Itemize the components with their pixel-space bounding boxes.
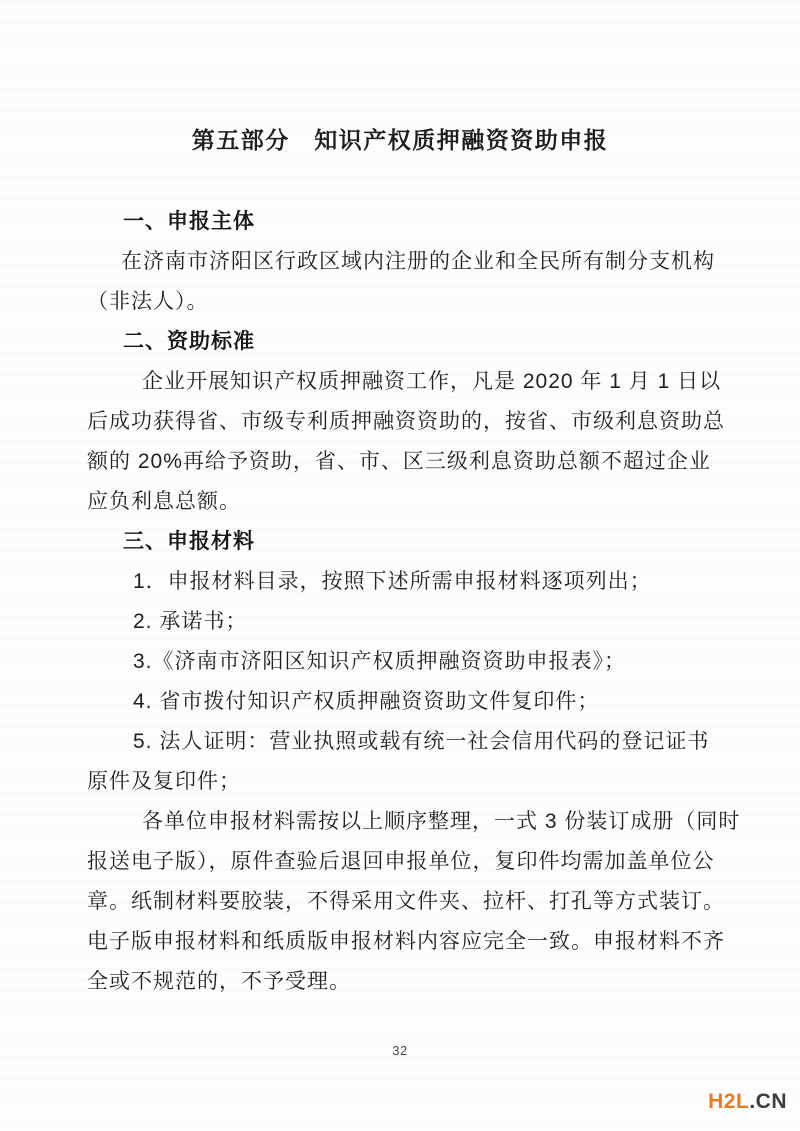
list-item-line: 3.《济南市济阳区知识产权质押融资资助申报表》； — [87, 642, 715, 682]
document-body: 一、申报主体 在济南市济阳区行政区域内注册的企业和全民所有制分支机构 （非法人）… — [87, 202, 715, 1002]
page-number: 32 — [0, 1043, 800, 1058]
text-line: 企业开展知识产权质押融资工作，凡是 2020 年 1 月 1 日以 — [87, 362, 715, 402]
text-line: 章。纸制材料要胶装，不得采用文件夹、拉杆、打孔等方式装订。 — [87, 882, 715, 922]
watermark-logo: H2L.CN — [708, 1090, 787, 1114]
text-line: 电子版申报材料和纸质版申报材料内容应完全一致。申报材料不齐 — [87, 922, 715, 962]
text-line: 全或不规范的，不予受理。 — [87, 962, 715, 1002]
list-item-line: 5. 法人证明：营业执照或载有统一社会信用代码的登记证书 — [87, 722, 715, 762]
text-line: 额的 20%再给予资助，省、市、区三级利息资助总额不超过企业 — [87, 442, 715, 482]
text-line: （非法人）。 — [87, 282, 715, 322]
section-heading: 三、申报材料 — [87, 522, 715, 562]
list-item-line: 2. 承诺书； — [87, 602, 715, 642]
list-item-line: 1．申报材料目录，按照下述所需申报材料逐项列出； — [87, 562, 715, 602]
section-heading: 一、申报主体 — [87, 202, 715, 242]
watermark-suffix-text: .CN — [749, 1090, 787, 1113]
document-page: 第五部分 知识产权质押融资资助申报 一、申报主体 在济南市济阳区行政区域内注册的… — [0, 0, 800, 1131]
watermark-brand-text: H2L — [708, 1090, 749, 1113]
text-line: 原件及复印件； — [87, 762, 715, 802]
text-line: 在济南市济阳区行政区域内注册的企业和全民所有制分支机构 — [87, 242, 715, 282]
text-line: 后成功获得省、市级专利质押融资资助的，按省、市级利息资助总 — [87, 402, 715, 442]
text-line: 应负利息总额。 — [87, 482, 715, 522]
document-title: 第五部分 知识产权质押融资资助申报 — [0, 122, 800, 155]
text-line: 报送电子版），原件查验后退回申报单位，复印件均需加盖单位公 — [87, 842, 715, 882]
text-line: 各单位申报材料需按以上顺序整理，一式 3 份装订成册（同时 — [87, 802, 715, 842]
list-item-line: 4. 省市拨付知识产权质押融资资助文件复印件； — [87, 682, 715, 722]
section-heading: 二、资助标准 — [87, 322, 715, 362]
